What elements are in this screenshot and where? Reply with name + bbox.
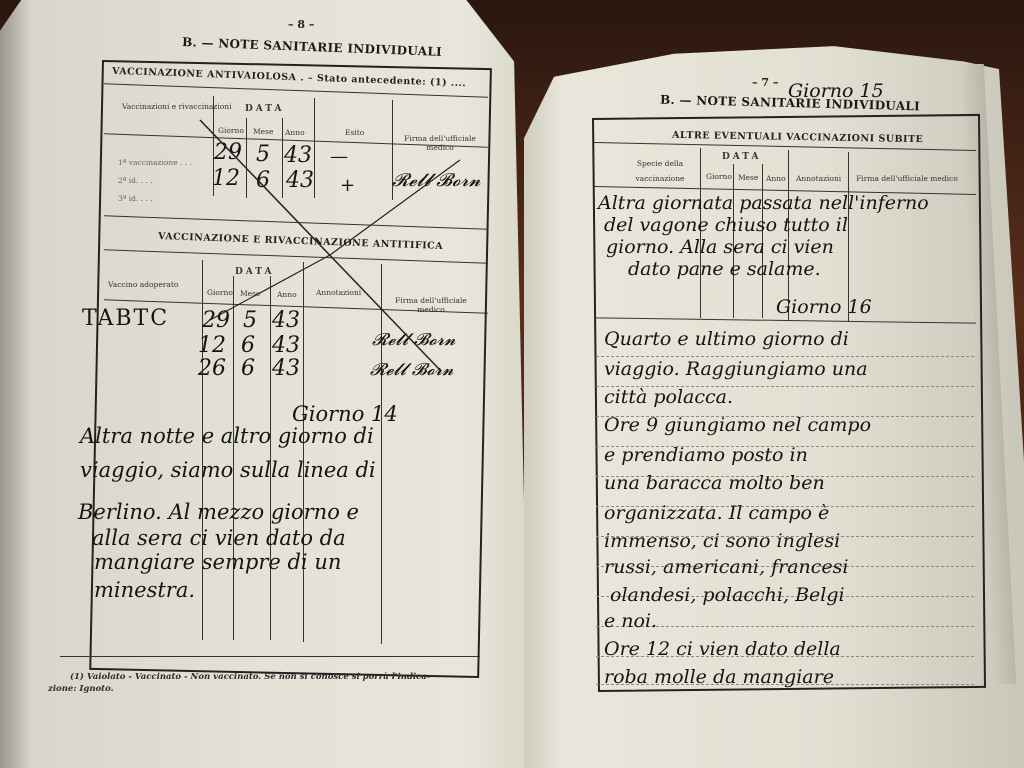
col-esito: Esito xyxy=(345,128,364,137)
smallpox-mese-1: 5 xyxy=(256,142,270,167)
col-anno: Anno xyxy=(277,290,297,299)
rule xyxy=(314,98,315,198)
row-label: 2ª id. . . . xyxy=(118,176,153,185)
smallpox-esito-2: + xyxy=(340,175,355,196)
day-14-heading: Giorno 14 xyxy=(292,402,398,426)
smallpox-signature: 𝓡𝓮𝓵𝓵 𝓑𝓸𝓻𝓷 xyxy=(392,170,481,191)
row-label: 1ª vaccinazione . . . xyxy=(118,158,192,167)
diary-line: Altra notte e altro giorno di xyxy=(80,424,374,448)
typhoid-signature-2: 𝓡𝓮𝓵𝓵 𝓑𝓸𝓻𝓷 xyxy=(370,360,454,380)
typhoid-giorno-3: 26 xyxy=(198,356,226,381)
footnote-line-2: zione: Ignoto. xyxy=(48,684,114,694)
diary-line: organizzata. Il campo è xyxy=(604,502,829,524)
col-firma: Firma dell'ufficiale medico xyxy=(400,134,480,152)
col-mese: Mese xyxy=(240,289,260,298)
diary-line: Quarto e ultimo giorno di xyxy=(604,328,849,350)
diary-line: una baracca molto ben xyxy=(604,472,825,494)
smallpox-anno-2: 43 xyxy=(286,168,314,193)
typhoid-anno-1: 43 xyxy=(272,308,300,333)
rule xyxy=(303,262,304,642)
smallpox-esito-1: — xyxy=(330,146,348,167)
rule xyxy=(381,264,382,644)
rule xyxy=(596,356,974,357)
diary-line: Berlino. Al mezzo giorno e xyxy=(78,500,359,524)
col-mese: Mese xyxy=(738,173,758,182)
footnote-line-1: (1) Vaiolato - Vaccinato - Non vaccinato… xyxy=(70,672,430,682)
typhoid-mese-1: 5 xyxy=(243,308,257,333)
diary-line: dato pane e salame. xyxy=(628,258,821,280)
diary-line: Altra giornata passata nell'inferno xyxy=(598,192,929,214)
col-annotazioni: Annotazioni xyxy=(796,174,841,183)
rule xyxy=(246,118,247,198)
col-data: DATA xyxy=(235,267,274,277)
right-page-number: – 7 – xyxy=(752,76,778,89)
diary-line: olandesi, polacchi, Belgi xyxy=(610,584,845,606)
col-vaccino: Vaccino adoperato xyxy=(108,280,178,289)
col-firma: Firma dell'ufficiale medico xyxy=(852,174,962,183)
typhoid-anno-3: 43 xyxy=(272,356,300,381)
smallpox-anno-1: 43 xyxy=(284,143,312,168)
diary-line: del vagone chiuso tutto il xyxy=(604,214,848,236)
diary-line: viaggio. Raggiungiamo una xyxy=(604,358,868,380)
smallpox-giorno-2: 12 xyxy=(212,166,240,191)
col-mese: Mese xyxy=(253,127,273,136)
diary-line: minestra. xyxy=(94,578,195,602)
col-giorno: Giorno xyxy=(218,126,244,135)
diary-line: mangiare sempre di un xyxy=(94,550,341,574)
typhoid-giorno-1: 29 xyxy=(202,308,230,333)
col-anno: Anno xyxy=(766,174,786,183)
typhoid-anno-2: 43 xyxy=(272,333,300,358)
diary-line: Ore 9 giungiamo nel campo xyxy=(604,414,871,436)
typhoid-giorno-2: 12 xyxy=(198,333,226,358)
col-specie: Specie della vaccinazione xyxy=(630,156,690,186)
typhoid-mese-2: 6 xyxy=(241,333,255,358)
diary-line: Ore 12 ci vien dato della xyxy=(604,638,841,660)
diary-line: città polacca. xyxy=(604,386,733,408)
diary-line: viaggio, siamo sulla linea di xyxy=(80,458,376,482)
typhoid-vaccine: TABTC xyxy=(82,306,169,331)
col-data: DATA xyxy=(722,152,761,162)
smallpox-giorno-1: 29 xyxy=(214,140,242,165)
typhoid-mese-3: 6 xyxy=(241,356,255,381)
smallpox-mese-2: 6 xyxy=(256,168,270,193)
diary-line: russi, americani, francesi xyxy=(604,556,848,578)
col-vaccinazioni: Vaccinazioni e rivaccinazioni xyxy=(122,102,232,111)
col-giorno: Giorno xyxy=(706,172,732,181)
rule xyxy=(60,656,480,657)
diary-line: roba molle da mangiare xyxy=(604,666,834,688)
diary-line: alla sera ci vien dato da xyxy=(92,526,346,550)
col-annotazioni: Annotazioni xyxy=(316,288,361,297)
diary-line: giorno. Alla sera ci vien xyxy=(606,236,834,258)
diary-line: e noi. xyxy=(604,610,657,632)
typhoid-signature-1: 𝓡𝓮𝓵𝓵 𝓑𝓸𝓻𝓷 xyxy=(372,330,456,350)
day-16-heading: Giorno 16 xyxy=(776,296,872,318)
rule xyxy=(282,118,283,198)
col-anno: Anno xyxy=(285,128,305,137)
col-data: DATA xyxy=(245,104,284,114)
col-giorno: Giorno xyxy=(207,288,233,297)
diary-line: e prendiamo posto in xyxy=(604,444,808,466)
diary-line: immenso, ci sono inglesi xyxy=(604,530,840,552)
left-page-number: – 8 – xyxy=(288,18,314,31)
row-label: 3ª id. . . . xyxy=(118,194,153,203)
